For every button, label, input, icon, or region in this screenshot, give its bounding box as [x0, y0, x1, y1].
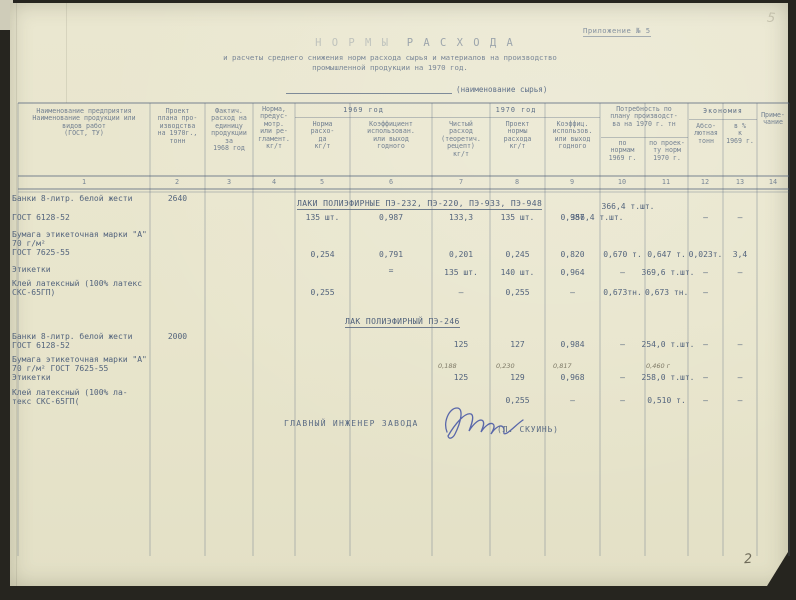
cell-net-expense: 133,3 [432, 213, 490, 222]
cell-economy-pct: – [723, 268, 757, 277]
cell-economy-abs: – [688, 373, 723, 382]
cell-coeff-1970: 0,964 [545, 268, 600, 277]
col-header-5: Норма расхо- да кг/т [296, 121, 349, 151]
cell-coeff-1969: 0,791 [350, 250, 432, 259]
cell-norm-1969: 135 шт. [295, 213, 350, 222]
row-name: ГОСТ 6128-52 [12, 213, 152, 222]
cell-economy-abs: – [688, 268, 723, 277]
cell-norm-project: 140 шт. [490, 268, 545, 277]
col-number-14: 14 [758, 178, 788, 186]
row-name: Банки 8-литр. белой жести ГОСТ 6128-52 [12, 332, 152, 350]
handwritten-net-expense: 0,188 [438, 362, 457, 371]
cell-economy-pct: 3,4 [723, 250, 757, 259]
col-header-3: Фактич. расход на единицу продукции за 1… [206, 108, 252, 152]
col-number-3: 3 [214, 178, 244, 186]
cell-coeff-1969: 0,987 [350, 213, 432, 222]
cell-economy-abs: 0,023т. [688, 250, 723, 259]
cell-norm-1969: 0,254 [295, 250, 350, 259]
cell-economy-pct: – [723, 340, 757, 349]
annex-label: Приложение № 5 [583, 26, 651, 37]
col-header-13: в % к 1969 г. [724, 123, 756, 145]
cell-coeff-1970: 0,820 [545, 250, 600, 259]
cell-economy-abs: – [688, 213, 723, 222]
col-header-12: Абсо- лютная тонн [690, 123, 722, 145]
cell-economy-pct: – [723, 213, 757, 222]
cell-net-expense: – [432, 288, 490, 297]
cell-economy-abs: – [688, 396, 723, 405]
handwritten-norm-project: 0,230 [496, 362, 515, 371]
cell-economy-pct: – [723, 396, 757, 405]
cell-need-1969: – [600, 396, 645, 405]
signer-title: ГЛАВНЫЙ ИНЖЕНЕР ЗАВОДА [284, 419, 419, 428]
cell-coeff-1970: – [545, 396, 600, 405]
col-number-2: 2 [162, 178, 192, 186]
row-name: Банки 8-литр. белой жести [12, 194, 152, 203]
cell-norm-project: 0,245 [490, 250, 545, 259]
cell-need-1970: 0,510 т. [645, 396, 688, 405]
col-number-7: 7 [446, 178, 476, 186]
col-header-7: Чистый расход (теоретич. рецепт) кг/т [433, 121, 489, 158]
cell-need-1970: 0,647 т. [645, 250, 688, 259]
cell-coeff-1970: 0,984 [545, 340, 600, 349]
cell-need-1969: 356,4 т.шт. [552, 213, 642, 222]
col-header-11: по проек- ту норм 1970 г. [646, 140, 688, 162]
cell-net-expense: 0,201 [432, 250, 490, 259]
cell-need-1970: 0,673 тн. [645, 288, 688, 297]
col-number-6: 6 [376, 178, 406, 186]
col-number-13: 13 [725, 178, 755, 186]
cell-net-expense: 125 [432, 373, 490, 382]
col-number-1: 1 [69, 178, 99, 186]
col-header-1: Наименование предприятия Наименование пр… [20, 108, 148, 138]
col-header-8: Проект нормы расхода кг/т [491, 121, 544, 151]
col-number-8: 8 [502, 178, 532, 186]
subtitle-line-1: и расчеты среднего снижения норм расхода… [155, 53, 625, 63]
row-name: Этикетки [12, 265, 152, 274]
page-title-main-word: Р А С Х О Д А [407, 37, 515, 49]
cell-norm-project: 129 [490, 373, 545, 382]
page-title: Н О Р М Ы Р А С Х О Д А [300, 37, 530, 49]
material-blank-line [286, 83, 452, 94]
page-title-faded-word: Н О Р М Ы [315, 37, 390, 49]
cell-coeff-1970: – [545, 288, 600, 297]
row-name: Клей латексный (100% ла- текс СКС-65ГП( [12, 388, 152, 406]
cell-need-1969: 0,673тн. [600, 288, 645, 297]
col-header-4: Норма, предус- мотр. или ре- гламент. кг… [254, 106, 294, 150]
cell-plan-tons: 2640 [150, 194, 205, 203]
col-number-9: 9 [557, 178, 587, 186]
cell-coeff-1969-ditto: = [350, 266, 432, 275]
scanned-document-page: Приложение № 5 5 Н О Р М Ы Р А С Х О Д А… [0, 0, 796, 600]
page-subtitle: и расчеты среднего снижения норм расхода… [155, 53, 625, 72]
row-name: Бумага этикеточная марки "А" 70 г/м² ГОС… [12, 355, 152, 383]
col-number-11: 11 [651, 178, 681, 186]
cell-norm-project: 135 шт. [490, 213, 545, 222]
cell-net-expense: 125 [432, 340, 490, 349]
subtitle-line-2: промышленной продукции на 1970 год. [155, 63, 625, 73]
group-header-1970: 1970 год [432, 106, 600, 114]
col-number-10: 10 [607, 178, 637, 186]
paper-crease [66, 3, 67, 103]
row-name: Клей латексный (100% латекс СКС-65ГП) [12, 279, 152, 297]
col-header-6: Коэффициент использован. или выход годно… [351, 121, 431, 151]
col-header-14: Приме- чание [758, 112, 788, 127]
signature-ink [437, 396, 537, 446]
cell-norm-project: 0,255 [490, 288, 545, 297]
handwritten-page-number-top: 5 [766, 11, 776, 27]
section-title-lacquers-pe232: ЛАКИ ПОЛИЭФИРНЫЕ ПЭ-232, ПЭ-220, ПЭ-933,… [297, 199, 542, 210]
col-header-9: Коэффиц. использов. или выход годного [546, 121, 599, 151]
cell-norm-project: 127 [490, 340, 545, 349]
material-caption: (наименование сырья) [456, 85, 547, 94]
col-number-5: 5 [307, 178, 337, 186]
row-name: Бумага этикеточная марки "А" 70 г/м² ГОС… [12, 230, 152, 258]
group-header-economy: Экономия [689, 107, 757, 115]
col-header-10: по нормам 1969 г. [601, 140, 644, 162]
handwritten-need-1970: 0,460 г [646, 362, 670, 371]
cell-economy-abs: – [688, 288, 723, 297]
cell-need-1970-raised: 366,4 т.шт. [588, 202, 668, 211]
cell-economy-pct: – [723, 373, 757, 382]
cell-norm-1969: 0,255 [295, 288, 350, 297]
cell-net-expense: 135 шт. [432, 268, 490, 277]
col-header-2: Проект плана про- изводства на 1970г., т… [151, 108, 204, 145]
col-number-12: 12 [690, 178, 720, 186]
cell-need-1969: 0,670 т. [600, 250, 645, 259]
cell-coeff-1970: 0,968 [545, 373, 600, 382]
group-header-need: Потребность по плану производст- ва на 1… [601, 106, 687, 128]
handwritten-coeff: 0,817 [553, 362, 572, 371]
group-header-1969: 1969 год [295, 106, 432, 114]
col-number-4: 4 [259, 178, 289, 186]
cell-plan-tons: 2000 [150, 332, 205, 341]
handwritten-page-number-bottom: 2 [743, 552, 752, 568]
section-title-lacquer-pe246: ЛАК ПОЛИЭФИРНЫЙ ПЭ-246 [345, 317, 460, 328]
cell-economy-abs: – [688, 340, 723, 349]
signer-name: (Л. СКУИНЬ) [497, 425, 559, 434]
